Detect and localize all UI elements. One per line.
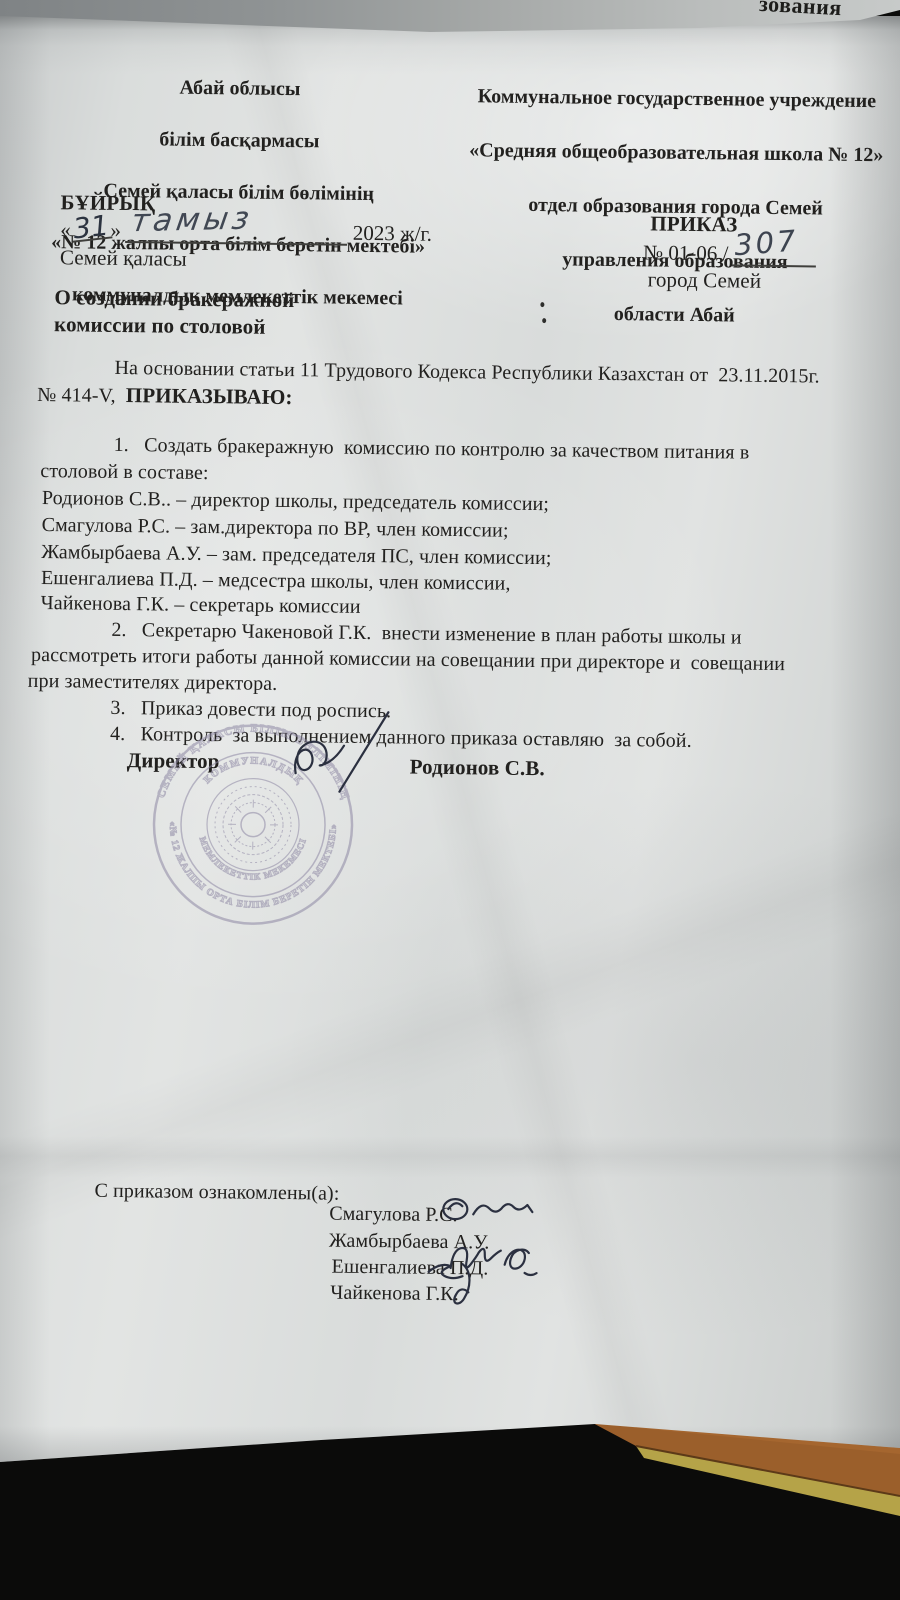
item-1-line-2: столовой в составе: [40,459,209,485]
subject-line-1: О создании бракеражной [54,285,294,312]
intro-line-2: № 414-V, ПРИКАЗЫВАЮ: [37,382,293,410]
letterhead-ru-line: области Абай [450,299,898,331]
signer-name: Родионов С.В. [410,755,545,781]
item-1-line-1: 1. Создать бракеражную комиссию по контр… [114,433,750,465]
order-city-kk: Семей қаласы [60,245,187,271]
handwritten-month: тамыз [128,200,255,239]
director-signature [281,703,397,799]
date-rule: тамыз [125,217,347,246]
stamp-emblem-texture [215,786,292,863]
handwritten-number: 307 [733,223,800,262]
ack-signature-chaikenova [418,1258,494,1314]
document-photo: зования Абай облысы білім басқармасы Сем… [0,0,900,1600]
item-2-line-3: при заместителях директора. [28,669,278,696]
letterhead-ru-line: «Средняя общеобразовательная школа № 12» [452,137,900,169]
handwritten-day: 31 [70,214,112,242]
order-city-ru: город Семей [648,267,762,292]
order-title-ru: ПРИКАЗ [650,211,737,236]
commission-member: Чайкенова Г.К. – секретарь комиссии [41,591,361,619]
letterhead-russian: Коммунальное государственное учреждение … [450,56,900,358]
intro-number: № 414-V, [37,384,116,407]
order-date-line: «31»тамыз2023 ж/г. [60,216,432,247]
ack-name: Смагулова Р.С. [329,1202,458,1228]
letterhead-ru-line: Коммунальное государственное учреждение [453,83,900,115]
commission-member: Жамбырбаева А.У. – зам. председателя ПС,… [41,540,551,570]
order-number-prefix: № 01-06 / [643,240,729,265]
document-content: Абай облысы білім басқармасы Семей қалас… [0,0,900,1600]
stamp-emblem-rays [228,799,279,850]
order-number-line: № 01-06 /307 [643,239,817,267]
stamp-text-bottom: «№ 12 ЖАЛПЫ ОРТА БІЛІМ БЕРЕТІН МЕКТЕБІ» [166,821,339,911]
ink-speck [542,318,546,323]
letterhead-kk-line: Абай облысы [20,73,460,104]
subject-line-2: комиссии по столовой [54,312,266,339]
ink-speck [540,302,544,307]
commission-member: Смагулова Р.С. – зам.директора по ВР, чл… [42,513,509,543]
order-verb: ПРИКАЗЫВАЮ: [126,383,293,409]
order-year: 2023 ж/г. [353,221,432,246]
letterhead-kk-line: білім басқармасы [19,125,459,156]
commission-member: Родионов С.В.. – директор школы, председ… [42,486,549,516]
quote-open: « [60,217,71,241]
number-rule: 307 [732,240,816,267]
stamp-emblem-core [241,812,265,836]
ack-title: С приказом ознакомлены(а): [94,1179,339,1206]
ack-signature-smagulova [441,1192,536,1229]
svg-text:«№ 12 ЖАЛПЫ ОРТА БІЛІМ БЕРЕТІН: «№ 12 ЖАЛПЫ ОРТА БІЛІМ БЕРЕТІН МЕКТЕБІ» [166,821,339,911]
